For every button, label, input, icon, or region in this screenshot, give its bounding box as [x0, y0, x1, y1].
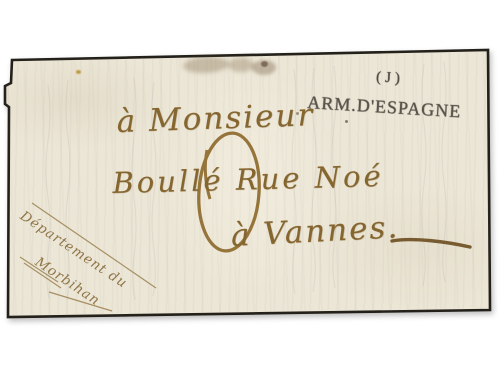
letter-index-postmark: (J) — [376, 69, 405, 87]
address-underline-dash — [392, 240, 470, 247]
paper-fleck — [76, 70, 81, 74]
ink-speck — [345, 120, 348, 123]
top-edge-stain — [228, 58, 254, 72]
address-line-monsieur: à Monsieur — [116, 97, 315, 140]
ink-speck — [261, 61, 268, 67]
address-line-street: Boullé Rue Noé — [112, 159, 384, 200]
cover-photo: (J) ARM.D'ESPAGNE à Monsieur Boullé Rue … — [0, 0, 500, 375]
